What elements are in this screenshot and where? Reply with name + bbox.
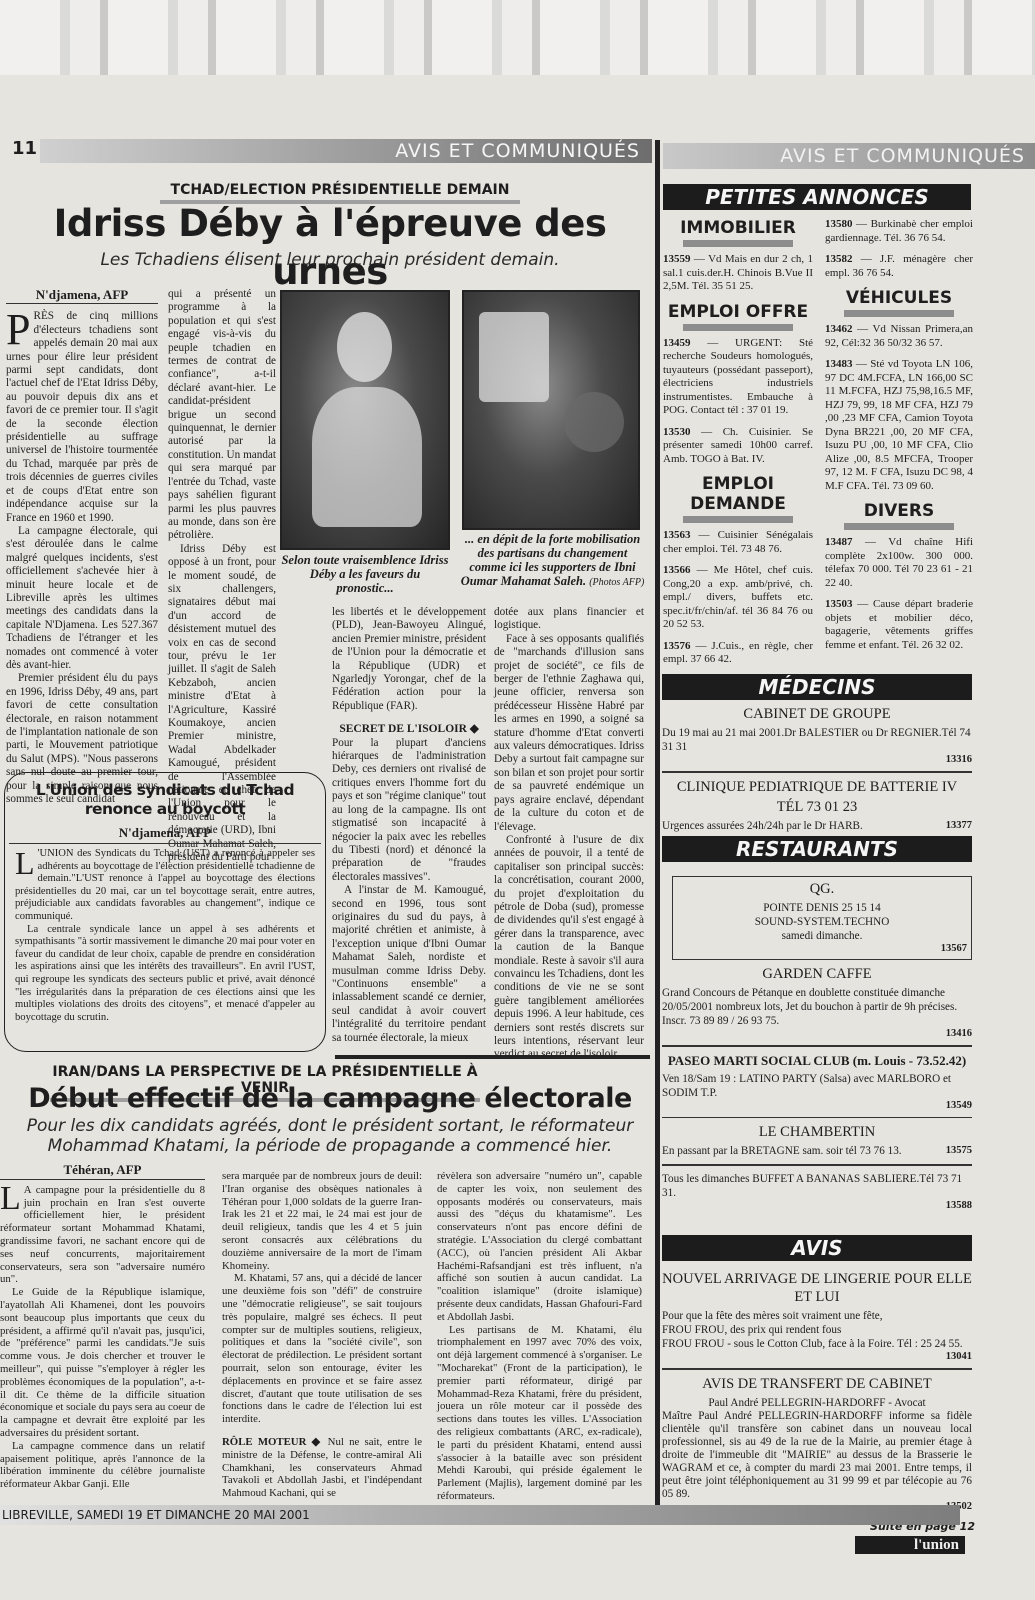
notice-line: FROU FROU - sous le Cotton Club, face à …	[662, 1337, 972, 1351]
dropcap: L	[0, 1186, 24, 1212]
notice-body-row: En passant par la BRETAGNE sam. soir tél…	[662, 1144, 972, 1158]
category-emploi-demande: EMPLOI DEMANDE	[663, 474, 813, 514]
page-number: 11	[12, 138, 37, 159]
category-underline	[683, 324, 793, 331]
petites-annonces-banner: PETITES ANNONCES	[663, 184, 971, 210]
notice-ref: 13575	[946, 1144, 972, 1158]
notice-title: NOUVEL ARRIVAGE DE LINGERIE POUR ELLE ET…	[662, 1270, 972, 1306]
notice-ref: 13567	[673, 943, 971, 954]
article2-headline: Début effectif de la campagne électorale	[20, 1082, 640, 1116]
subhead-secret-isoloir: SECRET DE L'ISOLOIR ◆	[332, 723, 486, 736]
article1-column-1: N'djamena, AFP PRÈS de cinq millions d'é…	[6, 288, 158, 806]
notice-ref: 13316	[662, 754, 972, 765]
paragraph: Confronté à l'usure de dix années de pou…	[494, 834, 644, 1062]
paragraph: 'UNION des Syndicats du Tchad (UST) a re…	[15, 848, 315, 922]
notice-body: Tous les dimanches BUFFET A BANANAS SABL…	[662, 1172, 972, 1200]
publication-logo: l'union	[855, 1536, 965, 1554]
notice-title: PASEO MARTI SOCIAL CLUB (m. Louis - 73.5…	[662, 1053, 972, 1069]
notice-title: QG.	[673, 881, 971, 898]
notice-ref: 13416	[662, 1028, 972, 1039]
article-divider	[335, 1055, 650, 1059]
paragraph: La campagne commence dans un relatif apa…	[0, 1440, 205, 1491]
notice-body: Maître Paul André PELLEGRIN-HARDORFF inf…	[662, 1410, 972, 1501]
notice-body: En passant par la BRETAGNE sam. soir tél…	[662, 1144, 902, 1158]
classifieds-column-2: 13580 — Burkinabè cher emploi gardiennag…	[825, 218, 973, 660]
ad-ref: 13566	[663, 564, 691, 576]
notice-line: POINTE DENIS 25 15 14	[673, 901, 971, 915]
avis-banner: AVIS	[662, 1235, 972, 1261]
notice-ref: 13588	[662, 1200, 972, 1211]
article2-column-3: révèlera son adversaire "numéro un", cap…	[437, 1170, 642, 1503]
classified-ad: 13576 — J.Cuis., en règle, cher empl. 37…	[663, 640, 813, 667]
notice-body: Urgences assurées 24h/24h par le Dr HARB…	[662, 819, 863, 833]
ad-ref: 13563	[663, 529, 691, 541]
classified-ad: 13503 — Cause départ braderie objets et …	[825, 598, 973, 652]
article2-column-2: sera marquée par de nombreux jours de de…	[222, 1170, 422, 1500]
ad-ref: 13530	[663, 426, 691, 438]
classified-ad: 13483 — Sté vd Toyota LN 106, 97 DC 4M.F…	[825, 358, 973, 493]
notice-title: CABINET DE GROUPE	[662, 706, 972, 723]
photo-supporters	[462, 290, 640, 530]
section-banner-right: AVIS ET COMMUNIQUÉS	[663, 143, 1035, 169]
photo2-caption: ... en dépit de la forte mobilisation de…	[460, 532, 645, 590]
notice-body: Ven 18/Sam 19 : LATINO PARTY (Salsa) ave…	[662, 1072, 972, 1100]
section-banner-left: AVIS ET COMMUNIQUÉS	[40, 139, 652, 163]
sidebar-box: L'Union des syndicats du Tchad renonce a…	[4, 772, 326, 1052]
classified-ad: 13582 — J.F. ménagère cher empl. 36 76 5…	[825, 253, 973, 280]
notice-subtitle: Paul André PELLEGRIN-HARDORFF - Avocat	[662, 1396, 972, 1410]
paragraph: A campagne pour la présidentielle du 8 j…	[0, 1184, 205, 1286]
article1-column-3: les libertés et le développement (PLD), …	[332, 606, 486, 1045]
sidebar-body: L'UNION des Syndicats du Tchad (UST) a r…	[5, 848, 325, 1024]
medecins-banner: MÉDECINS	[662, 674, 972, 700]
classifieds-column-1: IMMOBILIER 13559 — Vd Mais en dur 2 ch, …	[663, 218, 813, 675]
paragraph: qui a présenté un programme à la populat…	[168, 288, 276, 543]
ad-ref: 13580	[825, 218, 853, 230]
classified-ad: 13563 — Cuisinier Sénégalais cher emploi…	[663, 529, 813, 556]
restaurant-ad-qg: QG. POINTE DENIS 25 15 14 SOUND-SYSTEM.T…	[672, 876, 972, 960]
article1-headline: Idriss Déby à l'épreuve des urnes	[20, 200, 640, 296]
notice-body: Du 19 mai au 21 mai 2001.Dr BALESTIER ou…	[662, 726, 972, 754]
notice-body-row: Urgences assurées 24h/24h par le Dr HARB…	[662, 819, 972, 833]
article1-dateline: N'djamena, AFP	[6, 288, 158, 304]
article2-column-1: Téhéran, AFP LA campagne pour la préside…	[0, 1164, 205, 1491]
paragraph: sera marquée par de nombreux jours de de…	[222, 1170, 422, 1272]
footer-dateline: LIBREVILLE, SAMEDI 19 ET DIMANCHE 20 MAI…	[0, 1505, 960, 1525]
category-underline	[844, 523, 954, 530]
category-divers: DIVERS	[825, 501, 973, 521]
ad-ref: 13582	[825, 253, 853, 265]
classified-ad: 13530 — Ch. Cuisinier. Se présenter same…	[663, 426, 813, 467]
notice-title: AVIS DE TRANSFERT DE CABINET	[662, 1376, 972, 1393]
notice-ref: 13549	[662, 1100, 972, 1111]
category-underline	[683, 516, 793, 523]
paragraph: Le Guide de la République islamique, l'a…	[0, 1286, 205, 1440]
divider	[662, 1117, 972, 1119]
notice-ref: 13377	[946, 819, 972, 833]
ad-text: — Sté vd Toyota LN 106, 97 DC 4M.FCFA, L…	[825, 358, 973, 492]
classified-ad: 13559 — Vd Mais en dur 2 ch, 1 sal.1 cui…	[663, 253, 813, 294]
paragraph: Les partisans de M. Khatami, élu triomph…	[437, 1324, 642, 1503]
article2-dateline: Téhéran, AFP	[0, 1164, 205, 1180]
classified-ad: 13566 — Me Hôtel, chef cuis. Cong,20 a e…	[663, 564, 813, 632]
photo-credit: (Photos AFP)	[589, 577, 644, 588]
medecins-section: CABINET DE GROUPE Du 19 mai au 21 mai 20…	[662, 706, 972, 833]
category-immobilier: IMMOBILIER	[663, 218, 813, 238]
divider	[662, 1045, 972, 1047]
notice-subtitle: TÉL 73 01 23	[662, 799, 972, 816]
restaurants-list: GARDEN CAFFE Grand Concours de Pétanque …	[662, 966, 972, 1211]
article2-deck: Pour les dix candidats agréés, dont le p…	[25, 1116, 635, 1156]
divider	[662, 1164, 972, 1166]
notice-line: SOUND-SYSTEM.TECHNO	[673, 915, 971, 929]
restaurants-banner: RESTAURANTS	[662, 836, 972, 862]
notice-title: CLINIQUE PEDIATRIQUE DE BATTERIE IV	[662, 779, 972, 796]
dropcap: L	[15, 850, 38, 876]
divider	[662, 1368, 972, 1370]
ad-ref: 13462	[825, 323, 853, 335]
paragraph: Face à ses opposants qualifiés de "march…	[494, 633, 644, 834]
avis-section: NOUVEL ARRIVAGE DE LINGERIE POUR ELLE ET…	[662, 1270, 972, 1512]
ad-ref: 13459	[663, 337, 691, 349]
notice-title: LE CHAMBERTIN	[662, 1124, 972, 1141]
classified-ad: 13459 — URGENT: Sté recherche Soudeurs h…	[663, 337, 813, 418]
paragraph: révèlera son adversaire "numéro un", cap…	[437, 1170, 642, 1324]
paragraph: A l'instar de M. Kamougué, second en 199…	[332, 884, 486, 1045]
paragraph: les libertés et le développement (PLD), …	[332, 606, 486, 713]
dropcap: P	[6, 312, 33, 348]
category-emploi-offre: EMPLOI OFFRE	[663, 302, 813, 322]
sidebar-dateline: N'djamena, AFP	[9, 825, 321, 844]
ad-ref: 13503	[825, 598, 853, 610]
classified-ad: 13462 — Vd Nissan Primera,an 92, Cél:32 …	[825, 323, 973, 350]
paragraph: dotée aux plans financier et logistique.	[494, 606, 644, 633]
notice-body: Grand Concours de Pétanque en doublette …	[662, 986, 972, 1028]
paragraph: La centrale syndicale lance un appel à s…	[15, 924, 315, 1025]
category-vehicules: VÉHICULES	[825, 288, 973, 308]
ad-ref: 13559	[663, 253, 691, 265]
notice-line: Pour que la fête des mères soit vraiment…	[662, 1309, 972, 1323]
photo-idriss-deby	[280, 290, 450, 550]
ad-ref: 13487	[825, 536, 853, 548]
paragraph: Pour la plupart d'anciens hiérarques de …	[332, 737, 486, 884]
column-divider	[655, 140, 660, 1505]
sidebar-headline: L'Union des syndicats du Tchad renonce a…	[5, 773, 325, 819]
divider	[662, 771, 972, 773]
photo1-caption: Selon toute vraisemblence Idriss Déby a …	[280, 553, 450, 595]
scan-artifact-top	[0, 0, 1035, 75]
paragraph: M. Khatami, 57 ans, qui a décidé de lanc…	[222, 1272, 422, 1426]
classified-ad: 13580 — Burkinabè cher emploi gardiennag…	[825, 218, 973, 245]
paragraph: La campagne électorale, qui s'est déroul…	[6, 525, 158, 672]
article1-deck: Les Tchadiens élisent leur prochain prés…	[20, 250, 640, 270]
notice-ref: 13041	[662, 1351, 972, 1362]
subhead-role-moteur: RÔLE MOTEUR ◆	[222, 1436, 322, 1448]
notice-line: FROU FROU, des prix qui rendent fous	[662, 1323, 972, 1337]
classified-ad: 13487 — Vd chaîne Hifi complète 2x100w. …	[825, 536, 973, 590]
notice-line: samedi dimanche.	[673, 929, 971, 943]
article1-column-4: dotée aux plans financier et logistique.…	[494, 606, 644, 1062]
notice-title: GARDEN CAFFE	[662, 966, 972, 983]
category-underline	[683, 240, 793, 247]
ad-ref: 13576	[663, 640, 691, 652]
ad-ref: 13483	[825, 358, 853, 370]
category-underline	[844, 310, 954, 317]
